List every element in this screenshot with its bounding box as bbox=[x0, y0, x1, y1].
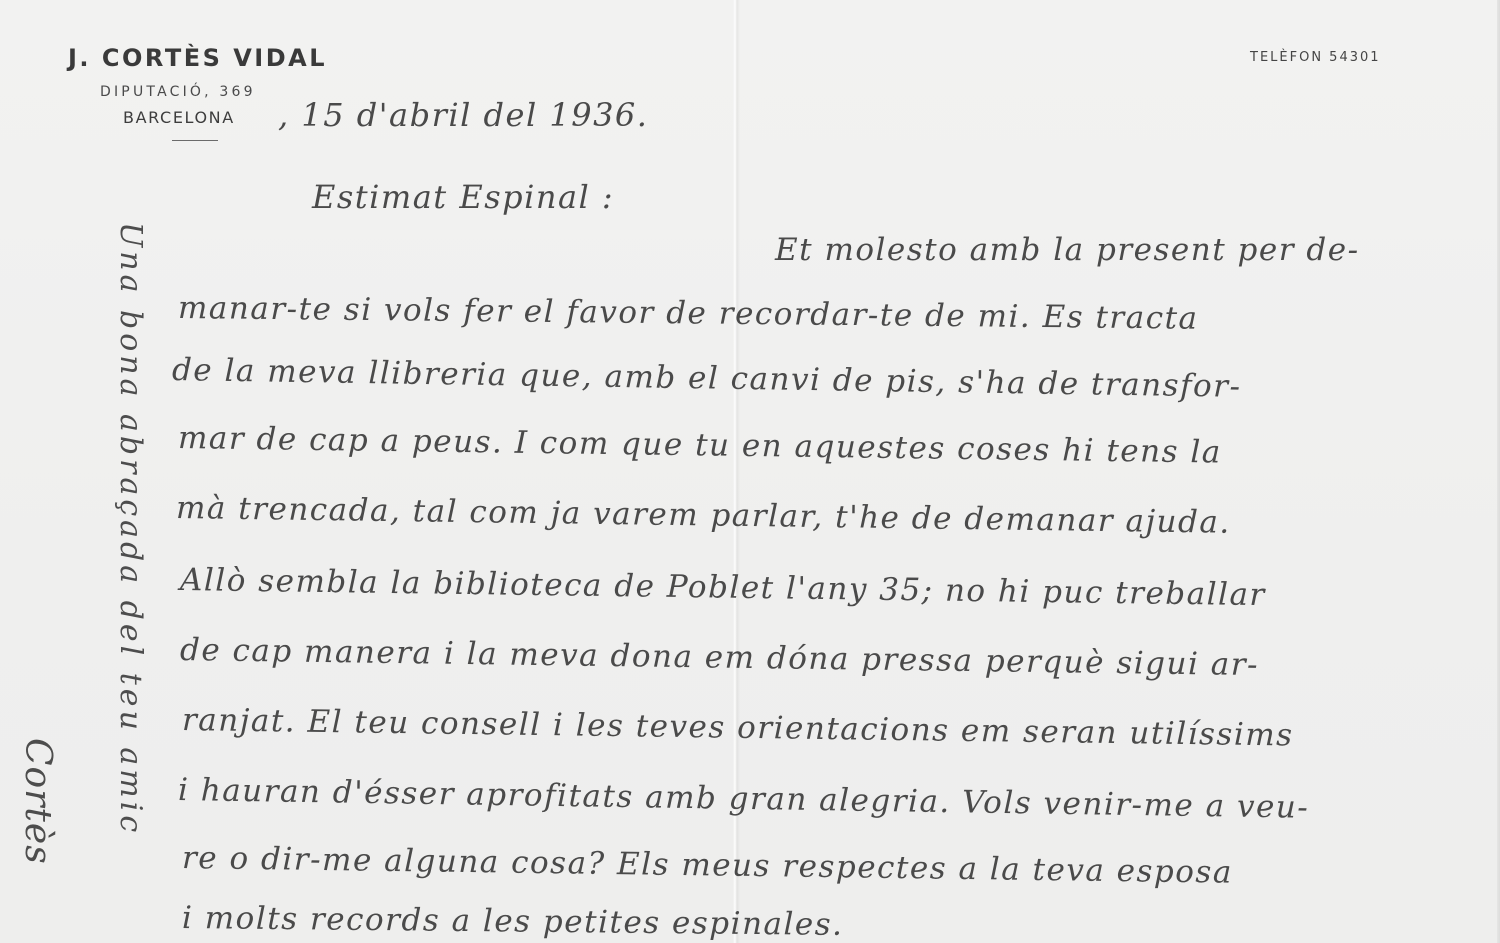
letterhead-city: BARCELONA bbox=[123, 108, 235, 127]
letterhead-rule bbox=[172, 140, 218, 141]
letterhead-name: J. CORTÈS VIDAL bbox=[68, 44, 327, 72]
signature: Cortès bbox=[17, 738, 58, 865]
body-line: i molts records a les petites espinales. bbox=[182, 900, 844, 943]
side-closing-note: Una bona abraçada del teu amic bbox=[113, 222, 148, 836]
body-line: Et molesto amb la present per de- bbox=[775, 232, 1360, 268]
letter-greeting: Estimat Espinal : bbox=[312, 178, 614, 216]
letter-date: , 15 d'abril del 1936. bbox=[278, 96, 648, 134]
letterhead-street: DIPUTACIÓ, 369 bbox=[100, 84, 256, 100]
letterhead-phone: TELÈFON 54301 bbox=[1250, 50, 1381, 65]
